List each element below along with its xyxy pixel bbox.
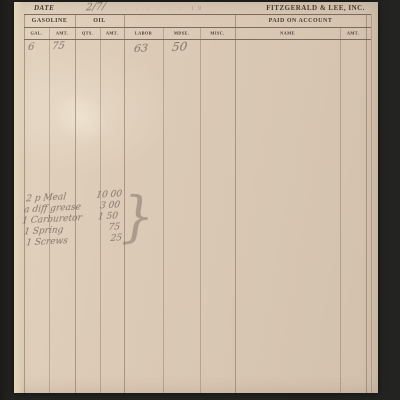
rule-col	[235, 14, 236, 393]
company-name: FITZGERALD & LEE, INC.	[266, 2, 365, 14]
ledger-page: DATE 2/7/ . . . . . . . 19 FITZGERALD & …	[14, 2, 378, 393]
item-text: 1 Spring	[23, 225, 63, 237]
rule-right-margin	[366, 14, 367, 393]
pencil-labor-value: 63	[133, 42, 149, 56]
scan-frame: DATE 2/7/ . . . . . . . 19 FITZGERALD & …	[0, 0, 400, 400]
col-header-oil-amt: AMT.	[103, 30, 120, 38]
pencil-mdse-value: 50	[171, 40, 188, 55]
rule-col	[163, 27, 164, 393]
item-text: 1 Screws	[25, 236, 68, 248]
col-header-acct-amt: AMT.	[344, 30, 363, 38]
col-header-misc: MISC.	[205, 30, 230, 38]
col-header-labor: LABOR	[129, 30, 157, 38]
item-amount: 1 50	[97, 211, 118, 222]
rule-section-bottom	[24, 27, 371, 28]
date-label: DATE	[34, 2, 54, 14]
col-header-qts: QTS.	[79, 30, 97, 38]
section-oil: OIL	[75, 15, 124, 27]
pencil-gas-amt-value: 75	[51, 41, 65, 53]
rule-col	[200, 27, 201, 393]
col-header-gal: GAL.	[28, 30, 46, 38]
col-header-gas-amt: AMT.	[53, 30, 72, 38]
col-header-name: NAME	[250, 30, 326, 38]
handwritten-brace: }	[119, 189, 155, 244]
section-gasoline: GASOLINE	[24, 15, 75, 27]
date-leader-dots: . . . . . . . 19	[114, 6, 205, 12]
col-header-mdse: MDSE.	[168, 30, 195, 38]
item-amount: 75	[108, 222, 121, 233]
item-amount: 3 00	[99, 200, 120, 211]
rule-col	[340, 27, 341, 393]
rule-header-bottom	[24, 39, 371, 40]
pencil-gal-value: 6	[27, 42, 35, 53]
section-paid-on-account: PAID ON ACCOUNT	[235, 15, 366, 27]
binding-edge	[14, 2, 23, 393]
paper-crease	[43, 81, 118, 155]
rule-right-margin-outer	[371, 14, 372, 393]
handwritten-date: 2/7/	[85, 1, 106, 13]
